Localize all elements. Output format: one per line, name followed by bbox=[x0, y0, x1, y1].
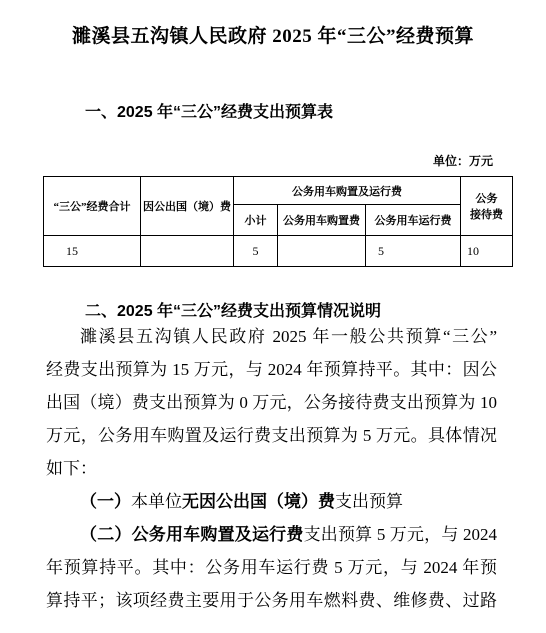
item2-bold-text: （二）公务用车购置及运行费 bbox=[80, 525, 304, 544]
page-title: 濉溪县五沟镇人民政府 2025 年“三公”经费预算 bbox=[0, 21, 546, 48]
header-cell-total: “三公”经费合计 bbox=[44, 177, 141, 236]
header-cell-reception: 公务 接待费 bbox=[461, 177, 513, 236]
item1-line: （一）本单位无因公出国（境）费支出预算 bbox=[46, 485, 497, 518]
header-cell-subtotal: 小计 bbox=[234, 205, 278, 236]
item2-line3: 算持平；该项经费主要用于公务用车燃料费、维修费、过路 bbox=[46, 584, 497, 617]
data-cell-reception: 10 bbox=[461, 236, 513, 267]
data-cell-total: 15 bbox=[44, 236, 141, 267]
budget-table: “三公”经费合计 因公出国（境）费 公务用车购置及运行费 公务 接待费 小计 公… bbox=[43, 176, 513, 267]
table-header-row-1: “三公”经费合计 因公出国（境）费 公务用车购置及运行费 公务 接待费 bbox=[44, 177, 513, 205]
data-cell-abroad bbox=[141, 236, 234, 267]
item1-suffix-text: 支出预算 bbox=[335, 492, 403, 511]
item1-number: （一） bbox=[80, 492, 131, 511]
header-cell-vehicle-group: 公务用车购置及运行费 bbox=[234, 177, 461, 205]
section1-heading: 一、2025 年“三公”经费支出预算表 bbox=[85, 99, 333, 122]
section2-heading: 二、2025 年“三公”经费支出预算情况说明 bbox=[85, 298, 381, 321]
header-cell-reception-line2: 接待费 bbox=[463, 206, 510, 222]
item1-bold-text: 无因公出国（境）费 bbox=[182, 492, 335, 511]
item2-line1: （二）公务用车购置及运行费支出预算 5 万元，与 2024 bbox=[46, 518, 497, 551]
header-cell-reception-line1: 公务 bbox=[463, 190, 510, 206]
table-data-row: 15 5 5 10 bbox=[44, 236, 513, 267]
data-cell-operation: 5 bbox=[366, 236, 461, 267]
paragraph1-line5: 如下： bbox=[46, 452, 497, 485]
paragraph1-line4: 万元，公务用车购置及运行费支出预算为 5 万元。具体情况 bbox=[46, 419, 497, 452]
unit-label: 单位：万元 bbox=[433, 152, 493, 169]
item2-rest-text: 支出预算 5 万元，与 2024 bbox=[304, 525, 497, 544]
header-cell-purchase: 公务用车购置费 bbox=[278, 205, 366, 236]
paragraph1-line3: 出国（境）费支出预算为 0 万元，公务接待费支出预算为 10 bbox=[46, 386, 497, 419]
paragraph1-line1: 濉溪县五沟镇人民政府 2025 年一般公共预算“三公” bbox=[46, 320, 497, 353]
data-cell-subtotal: 5 bbox=[234, 236, 278, 267]
item1-prefix-text: 本单位 bbox=[131, 492, 182, 511]
header-cell-abroad: 因公出国（境）费 bbox=[141, 177, 234, 236]
data-cell-purchase bbox=[278, 236, 366, 267]
item2-line2: 年预算持平。其中：公务用车运行费 5 万元，与 2024 年预 bbox=[46, 551, 497, 584]
explanation-text: 濉溪县五沟镇人民政府 2025 年一般公共预算“三公” 经费支出预算为 15 万… bbox=[46, 320, 497, 617]
header-cell-operation: 公务用车运行费 bbox=[366, 205, 461, 236]
document-page: 濉溪县五沟镇人民政府 2025 年“三公”经费预算 一、2025 年“三公”经费… bbox=[0, 0, 546, 633]
paragraph1-line2: 经费支出预算为 15 万元，与 2024 年预算持平。其中：因公 bbox=[46, 353, 497, 386]
